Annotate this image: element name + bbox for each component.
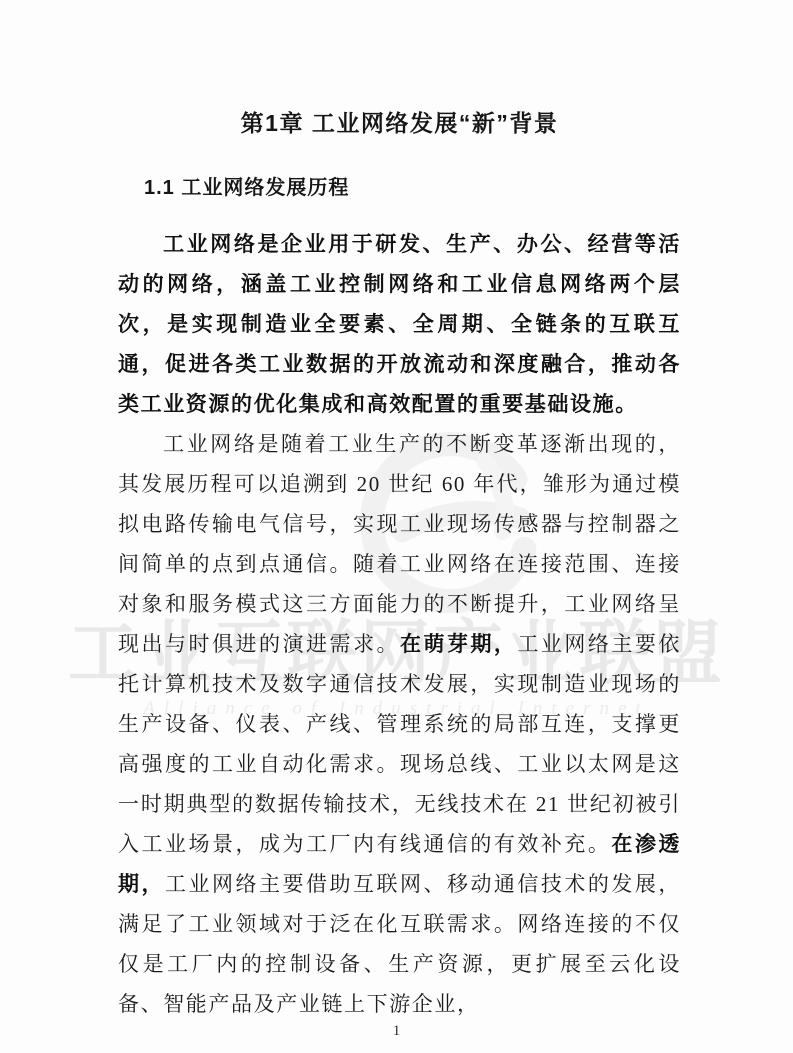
page-content: 第1章 工业网络发展“新”背景 1.1 工业网络发展历程 工业网络是企业用于研发… (118, 106, 681, 1024)
body-paragraphs: 工业网络是企业用于研发、生产、办公、经营等活动的网络，涵盖工业控制网络和工业信息… (118, 224, 681, 1024)
text-run: 工业网络主要依托计算机技术及数字通信技术发展，实现制造业现场的生产设备、仪表、产… (118, 632, 681, 856)
section-heading: 1.1 工业网络发展历程 (144, 174, 681, 202)
paragraph-definition: 工业网络是企业用于研发、生产、办公、经营等活动的网络，涵盖工业控制网络和工业信息… (118, 224, 681, 424)
page-number: 1 (0, 1023, 793, 1040)
chapter-title: 第1章 工业网络发展“新”背景 (118, 106, 681, 140)
text-run: 工业网络是随着工业生产的不断变革逐渐出现的，其发展历程可以追溯到 20 世纪 6… (118, 432, 681, 656)
text-run: 工业网络主要借助互联网、移动通信技术的发展，满足了工业领域对于泛在化互联需求。网… (118, 872, 681, 1016)
bold-text-run: 工业网络是企业用于研发、生产、办公、经营等活动的网络，涵盖工业控制网络和工业信息… (118, 232, 681, 416)
paragraph-history: 工业网络是随着工业生产的不断变革逐渐出现的，其发展历程可以追溯到 20 世纪 6… (118, 424, 681, 1024)
bold-text-run: 在萌芽期， (400, 632, 517, 656)
document-page: 工业互联网产业联盟 Alliance of Industrial Interne… (0, 0, 793, 1053)
